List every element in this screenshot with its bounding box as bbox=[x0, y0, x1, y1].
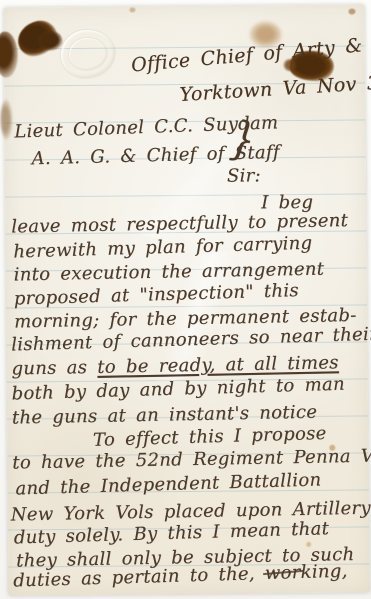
handwritten-line: and the Independent Battallion bbox=[15, 471, 321, 498]
handwritten-line: proposed at "inspection" this bbox=[14, 282, 300, 308]
handwritten-line: Office Chief of Arty & Ord: bbox=[130, 32, 371, 76]
handwritten-line: both by day and by night to man bbox=[11, 376, 345, 404]
handwritten-line: I beg bbox=[261, 194, 313, 212]
scan-background: Office Chief of Arty & Ord:Yorktown Va N… bbox=[0, 0, 371, 599]
letter-body: Office Chief of Arty & Ord:Yorktown Va N… bbox=[3, 4, 369, 595]
handwritten-line: To effect this I propose bbox=[93, 425, 327, 450]
handwritten-line: Yorktown Va Nov 30 '62 bbox=[179, 71, 371, 105]
struck-word: wor bbox=[265, 562, 301, 584]
letter-paper: Office Chief of Arty & Ord:Yorktown Va N… bbox=[3, 4, 369, 595]
handwritten-line: Sir: bbox=[227, 167, 261, 185]
handwritten-line: herewith my plan for carrying bbox=[13, 235, 312, 262]
